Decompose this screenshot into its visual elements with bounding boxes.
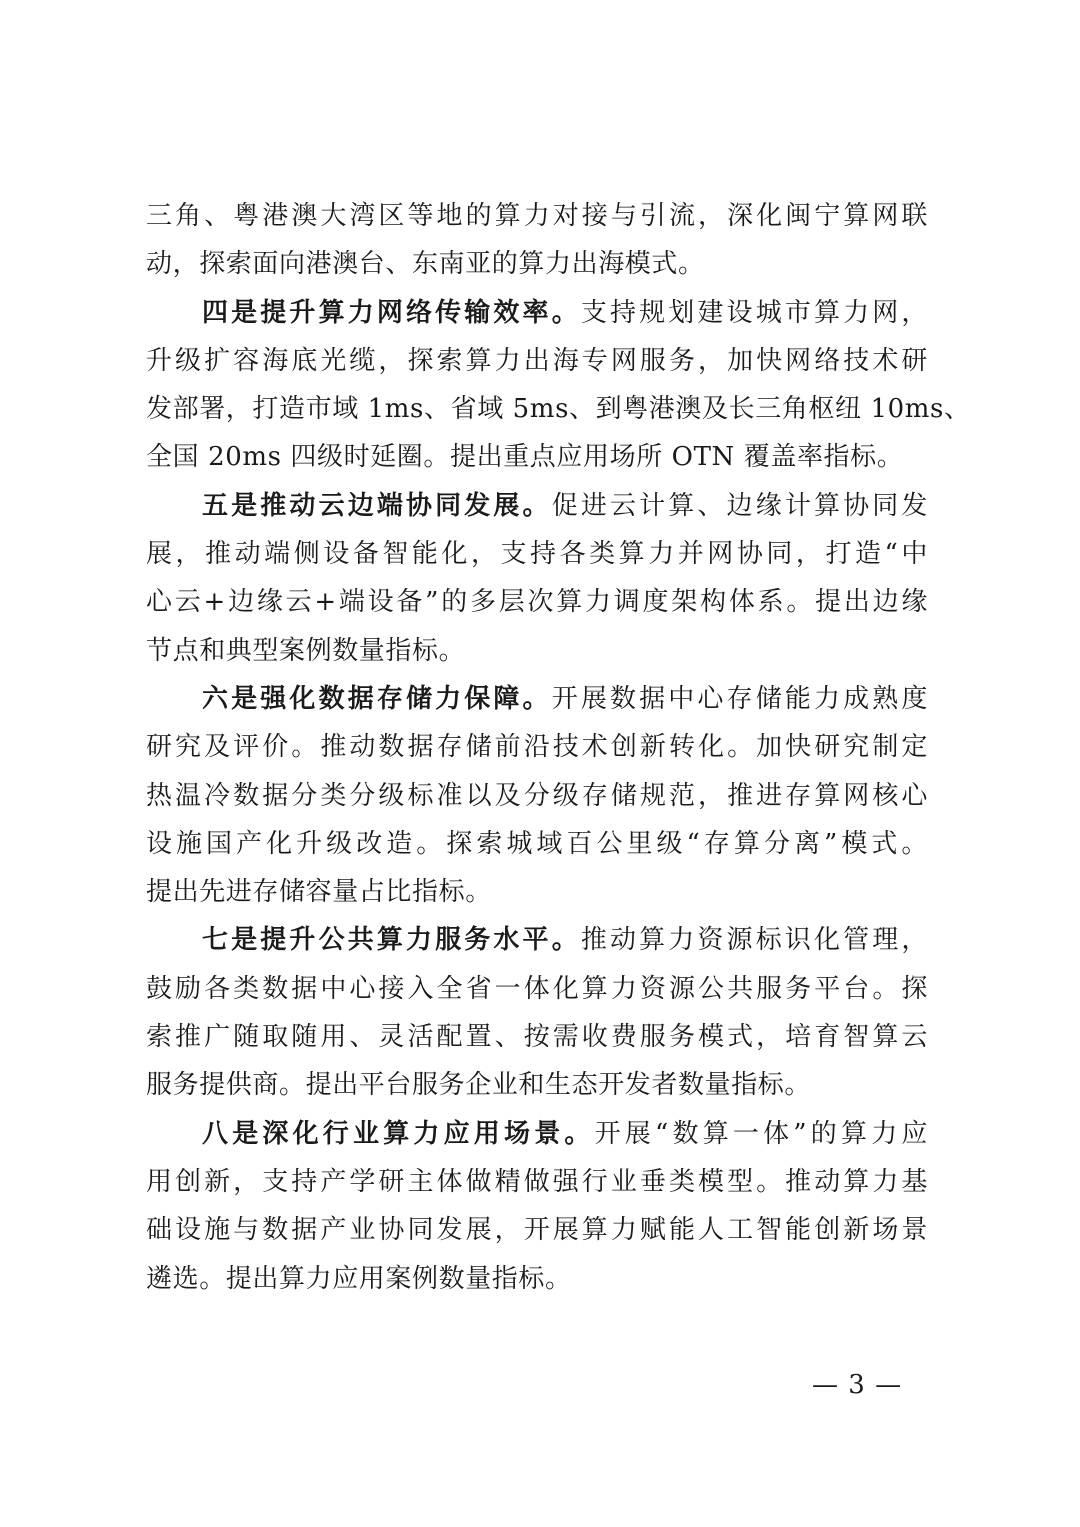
section-six-heading: 六是强化数据存储力保障。 xyxy=(202,684,552,714)
line-text: 础设施与数据产业协同发展，开展算力赋能人工智能创新场景 xyxy=(146,1215,928,1245)
line-text: 用创新，支持产学研主体做精做强行业垂类模型。推动算力基 xyxy=(146,1167,928,1197)
line-text: 全国 20ms 四级时延圈。提出重点应用场所 OTN 覆盖率指标。 xyxy=(146,442,903,472)
paragraph-line: 节点和典型案例数量指标。 xyxy=(146,627,928,675)
line-text: 发部署，打造市域 1ms、省域 5ms、到粤港澳及长三角枢纽 10ms、 xyxy=(146,394,971,424)
line-text: 展，推动端侧设备智能化，支持各类算力并网协同，打造“中 xyxy=(146,539,928,569)
page-number: — 3 — xyxy=(812,1370,902,1400)
line-text: 热温冷数据分类分级标准以及分级存储规范，推进存算网核心 xyxy=(146,781,928,811)
paragraph-line: 动，探索面向港澳台、东南亚的算力出海模式。 xyxy=(146,240,928,288)
paragraph-line: 展，推动端侧设备智能化，支持各类算力并网协同，打造“中 xyxy=(146,530,928,578)
section-six-heading-line: 六是强化数据存储力保障。开展数据中心存储能力成熟度 xyxy=(146,675,928,723)
section-four-heading: 四是提升算力网络传输效率。 xyxy=(202,298,581,328)
section-five-heading: 五是推动云边端协同发展。 xyxy=(202,491,552,521)
line-text: 动，探索面向港澳台、东南亚的算力出海模式。 xyxy=(146,249,705,279)
paragraph-line: 用创新，支持产学研主体做精做强行业垂类模型。推动算力基 xyxy=(146,1158,928,1206)
section-five-heading-line: 五是推动云边端协同发展。促进云计算、边缘计算协同发 xyxy=(146,482,928,530)
document-page: 三角、粤港澳大湾区等地的算力对接与引流，深化闽宁算网联 动，探索面向港澳台、东南… xyxy=(146,192,928,1303)
paragraph-line: 服务提供商。提出平台服务企业和生态开发者数量指标。 xyxy=(146,1061,928,1109)
line-text: 三角、粤港澳大湾区等地的算力对接与引流，深化闽宁算网联 xyxy=(146,201,928,231)
paragraph-line: 三角、粤港澳大湾区等地的算力对接与引流，深化闽宁算网联 xyxy=(146,192,928,240)
paragraph-line: 鼓励各类数据中心接入全省一体化算力资源公共服务平台。探 xyxy=(146,965,928,1013)
line-text: 研究及评价。推动数据存储前沿技术创新转化。加快研究制定 xyxy=(146,732,928,762)
paragraph-line: 设施国产化升级改造。探索城域百公里级“存算分离”模式。 xyxy=(146,820,928,868)
line-text: 提出先进存储容量占比指标。 xyxy=(146,877,492,907)
line-text: 索推广随取随用、灵活配置、按需收费服务模式，培育智算云 xyxy=(146,1022,928,1052)
section-seven-heading-line: 七是提升公共算力服务水平。推动算力资源标识化管理， xyxy=(146,916,928,964)
line-text: 设施国产化升级改造。探索城域百公里级“存算分离”模式。 xyxy=(146,829,928,859)
line-text: 升级扩容海底光缆，探索算力出海专网服务，加快网络技术研 xyxy=(146,346,928,376)
line-text: 开展“数算一体”的算力应 xyxy=(595,1119,928,1149)
section-eight-heading: 八是深化行业算力应用场景。 xyxy=(202,1119,595,1149)
paragraph-line: 索推广随取随用、灵活配置、按需收费服务模式，培育智算云 xyxy=(146,1013,928,1061)
paragraph-line: 础设施与数据产业协同发展，开展算力赋能人工智能创新场景 xyxy=(146,1206,928,1254)
paragraph-line: 热温冷数据分类分级标准以及分级存储规范，推进存算网核心 xyxy=(146,772,928,820)
line-text: 心云+边缘云+端设备”的多层次算力调度架构体系。提出边缘 xyxy=(146,587,928,617)
section-seven-heading: 七是提升公共算力服务水平。 xyxy=(202,925,581,955)
line-text: 开展数据中心存储能力成熟度 xyxy=(552,684,928,714)
paragraph-line: 心云+边缘云+端设备”的多层次算力调度架构体系。提出边缘 xyxy=(146,578,928,626)
line-text: 促进云计算、边缘计算协同发 xyxy=(552,491,928,521)
paragraph-line: 全国 20ms 四级时延圈。提出重点应用场所 OTN 覆盖率指标。 xyxy=(146,433,928,481)
line-text: 服务提供商。提出平台服务企业和生态开发者数量指标。 xyxy=(146,1070,811,1100)
paragraph-line: 发部署，打造市域 1ms、省域 5ms、到粤港澳及长三角枢纽 10ms、 xyxy=(146,385,928,433)
line-text: 节点和典型案例数量指标。 xyxy=(146,636,465,666)
section-four-heading-line: 四是提升算力网络传输效率。支持规划建设城市算力网， xyxy=(146,289,928,337)
paragraph-line: 提出先进存储容量占比指标。 xyxy=(146,868,928,916)
line-text: 支持规划建设城市算力网， xyxy=(581,298,928,328)
line-text: 遴选。提出算力应用案例数量指标。 xyxy=(146,1264,572,1294)
line-text: 推动算力资源标识化管理， xyxy=(581,925,928,955)
line-text: 鼓励各类数据中心接入全省一体化算力资源公共服务平台。探 xyxy=(146,974,928,1004)
paragraph-line: 遴选。提出算力应用案例数量指标。 xyxy=(146,1255,928,1303)
section-eight-heading-line: 八是深化行业算力应用场景。开展“数算一体”的算力应 xyxy=(146,1110,928,1158)
paragraph-line: 研究及评价。推动数据存储前沿技术创新转化。加快研究制定 xyxy=(146,723,928,771)
paragraph-line: 升级扩容海底光缆，探索算力出海专网服务，加快网络技术研 xyxy=(146,337,928,385)
